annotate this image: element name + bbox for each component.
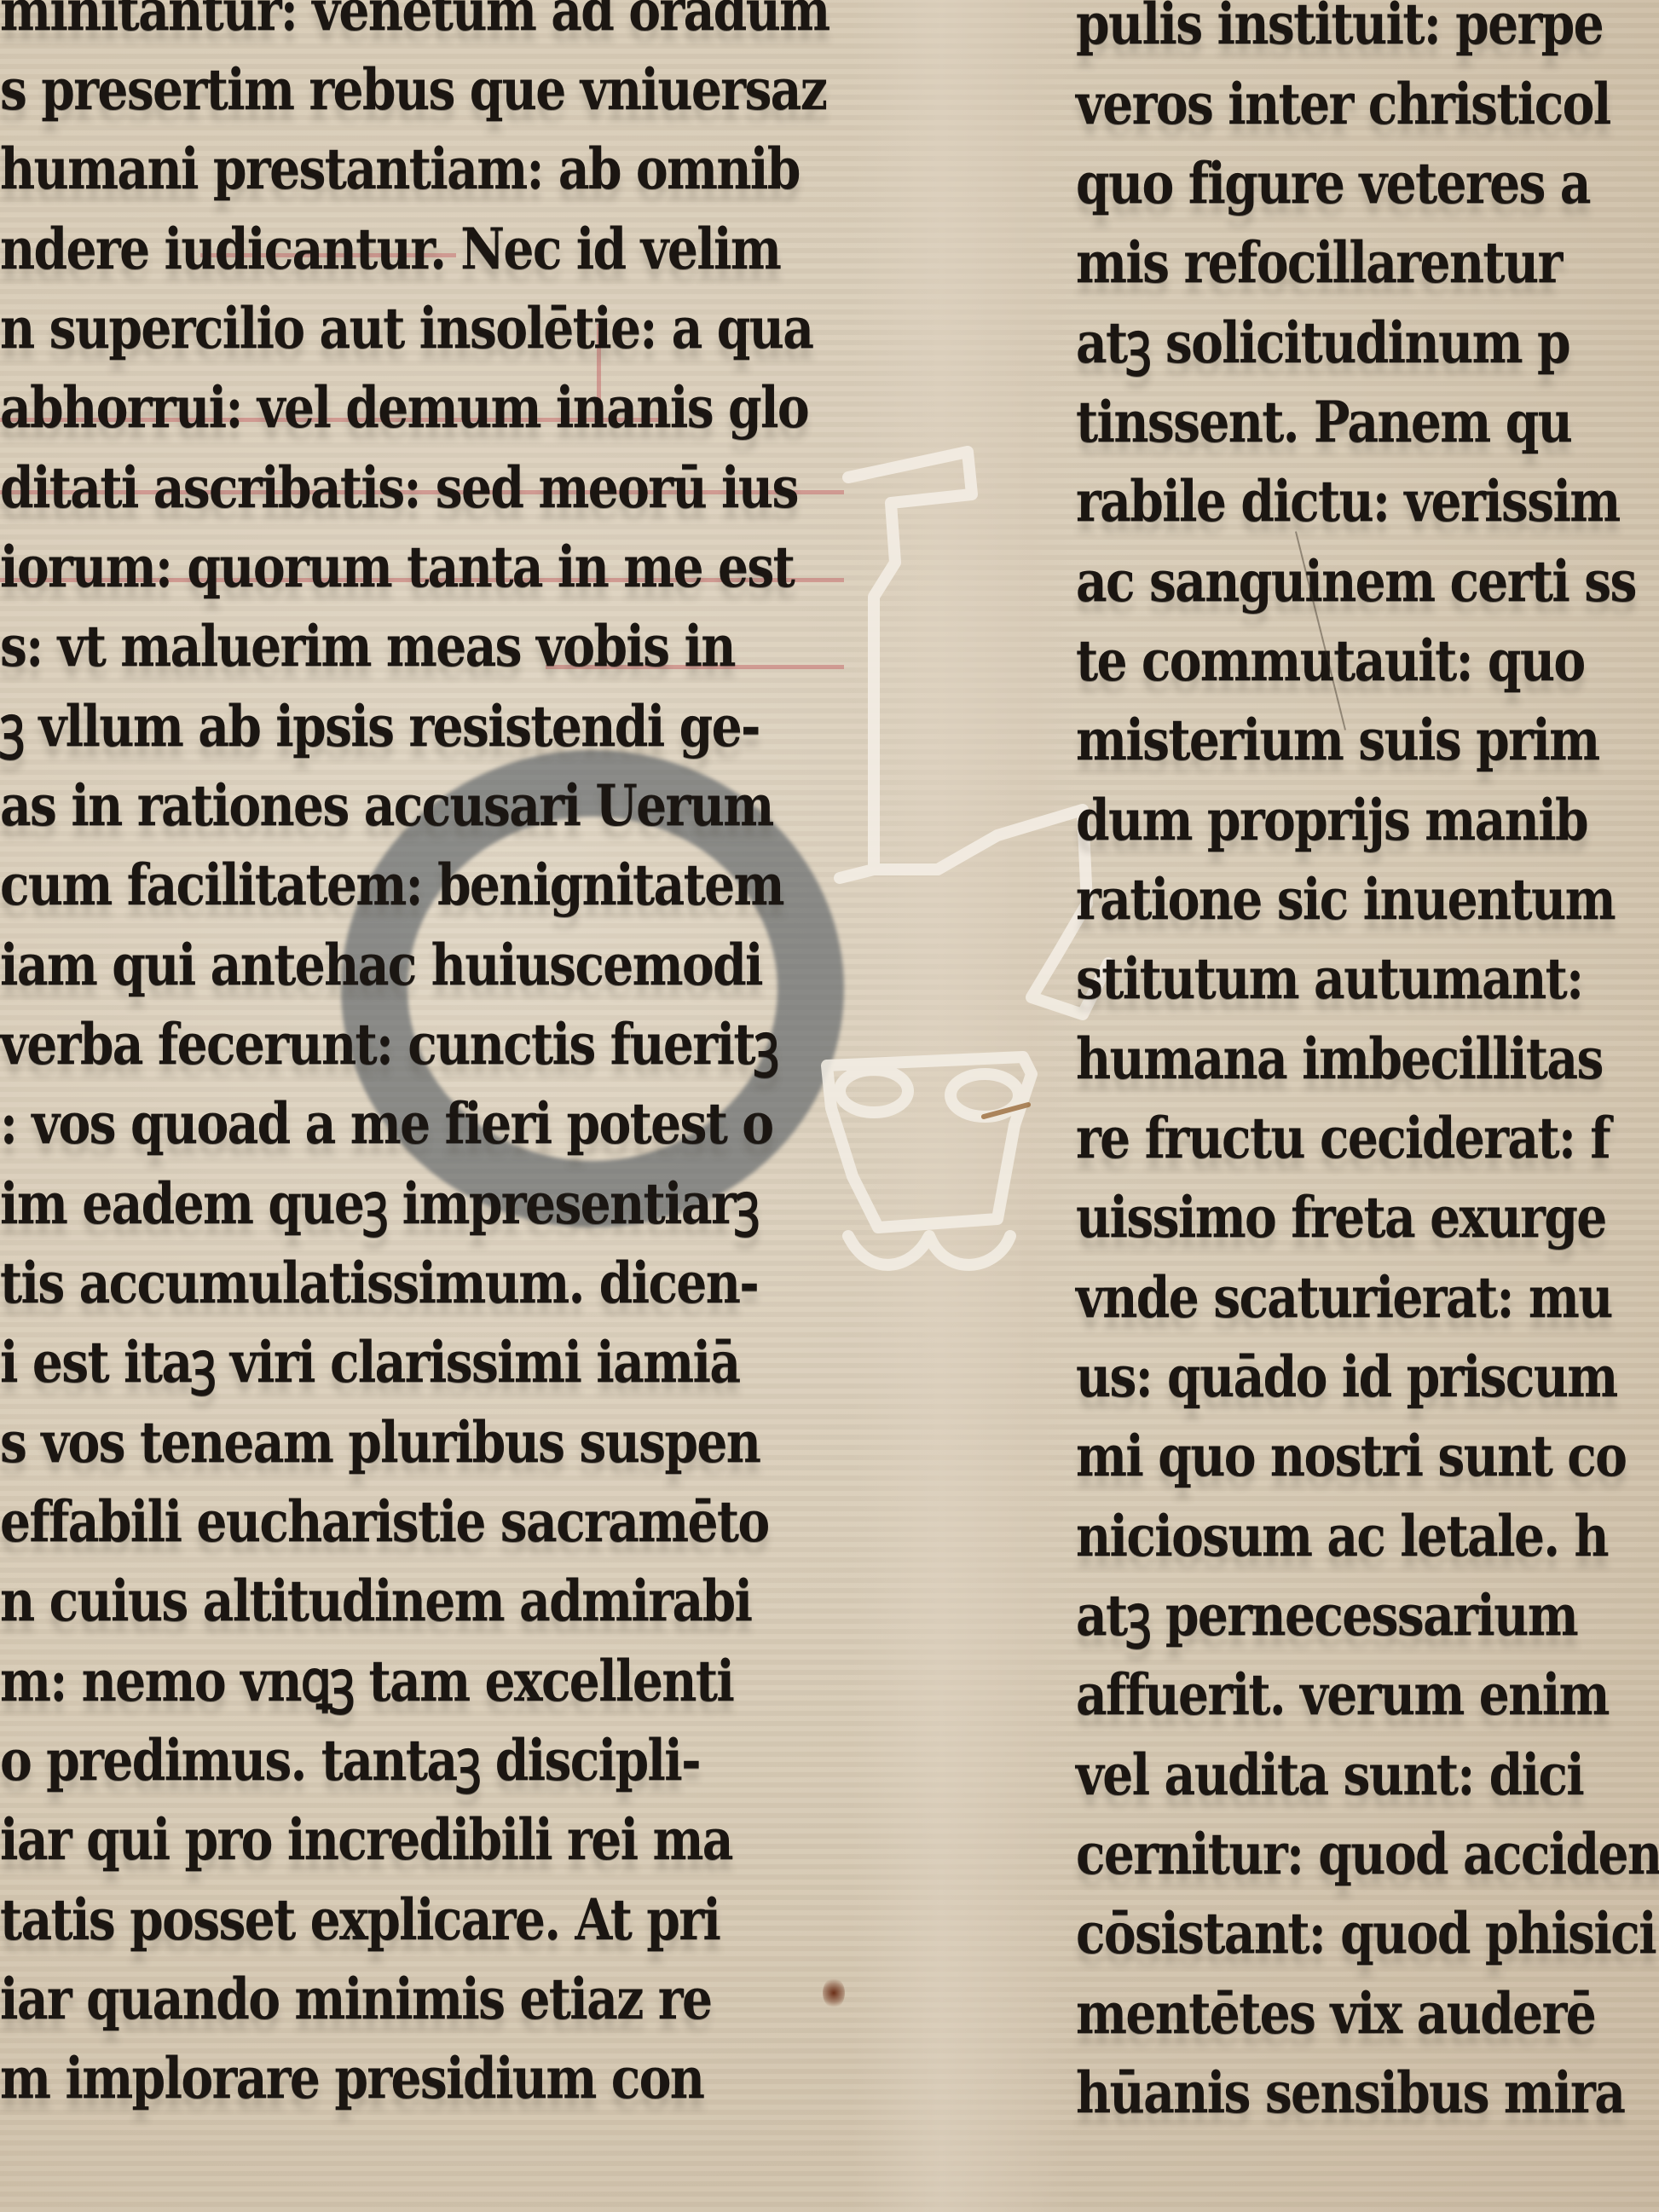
text-line: : vos quoad a me fieri potest o <box>0 1089 772 1158</box>
text-line: ditati ascribatis: sed meorū ius <box>0 453 798 522</box>
text-line: atꝫ solicitudinum p <box>1076 309 1569 377</box>
text-line: iorum: quorum tanta in me est <box>0 533 794 601</box>
text-line: re fructu ceciderat: f <box>1076 1104 1610 1172</box>
text-line: vel audita sunt: dici <box>1076 1741 1583 1809</box>
text-line: mi quo nostri sunt co <box>1076 1422 1626 1490</box>
text-line: iar qui pro incredibili rei ma <box>0 1805 732 1874</box>
text-line: mis refocillarentur <box>1076 228 1562 297</box>
text-line: humani prestantiam: ab omnib <box>0 135 800 203</box>
text-line: i est itaꝫ viri clarissimi iamiā <box>0 1328 739 1396</box>
text-line: affuerit. verum enim <box>1076 1660 1609 1729</box>
text-line: niciosum ac letale. h <box>1076 1502 1608 1570</box>
text-line: n supercilio aut insolētie: a qua <box>0 294 812 362</box>
text-line: effabili eucharistie sacramēto <box>0 1487 769 1556</box>
text-line: rabile dictu: verissim <box>1076 467 1620 535</box>
text-line: dum proprijs manib <box>1076 786 1587 854</box>
text-line: m implorare presidium con <box>0 2044 703 2112</box>
text-line: as in rationes accusari Uerum <box>0 771 773 840</box>
text-line: cōsistant: quod phisici <box>1076 1899 1656 1967</box>
text-line: cum facilitatem: benignitatem <box>0 851 783 919</box>
text-line: misterium suis prim <box>1076 706 1599 774</box>
text-line: s: vt maluerim meas vobis in <box>0 612 735 680</box>
text-line: vnde scaturierat: mu <box>1076 1263 1612 1331</box>
text-line: tinssent. Panem qu <box>1076 388 1571 456</box>
text-line: hūanis sensibus mira <box>1076 2059 1624 2127</box>
text-line: humana imbecillitas <box>1076 1025 1603 1093</box>
text-line: ndere iudicantur. Nec id velim <box>0 215 780 283</box>
text-line: n cuius altitudinem admirabi <box>0 1567 751 1635</box>
text-line: quo figure veteres a <box>1076 149 1590 217</box>
text-line: abhorrui: vel demum inanis glo <box>0 373 808 442</box>
text-line: veros inter christicol <box>1076 70 1610 138</box>
text-line: us: quādo id priscum <box>1076 1343 1617 1411</box>
text-line: atꝫ pernecessarium <box>1076 1581 1577 1649</box>
text-line: pulis instituit: perpe <box>1076 0 1603 58</box>
text-line: m: nemo vnꝗꝫ tam excellenti <box>0 1647 733 1715</box>
text-line: s presertim rebus que vniuersaz <box>0 55 826 124</box>
text-line: iar quando minimis etiaz re <box>0 1965 711 2033</box>
text-line: ratione sic inuentum <box>1076 865 1615 933</box>
text-line: cernitur: quod acciden <box>1076 1820 1659 1888</box>
text-line: tis accumulatissimum. dicen- <box>0 1249 758 1317</box>
text-line: stitutum autumant: <box>1076 944 1582 1013</box>
text-line: minitantur: venetum ad oradum <box>0 0 829 44</box>
column-gutter <box>853 0 1074 2212</box>
text-line: s vos teneam pluribus suspen <box>0 1408 760 1476</box>
text-line: te commutauit: quo <box>1076 627 1585 695</box>
text-line: o predimus. tantaꝫ discipli- <box>0 1726 700 1794</box>
text-line: mentētes vix auderē <box>1076 1979 1595 2047</box>
text-line: tatis posset explicare. At pri <box>0 1886 720 1954</box>
rust-stain-icon <box>823 1978 845 2008</box>
text-line: verba fecerunt: cunctis fueritꝫ <box>0 1010 777 1078</box>
text-line: ꝫ vllum ab ipsis resistendi ge- <box>0 692 760 760</box>
text-line: ac sanguinem certi ss <box>1076 547 1636 615</box>
text-line: uissimo freta exurge <box>1076 1183 1606 1251</box>
text-line: iam qui antehac huiuscemodi <box>0 931 762 999</box>
text-line: im eadem queꝫ impresentiarꝫ <box>0 1170 758 1238</box>
